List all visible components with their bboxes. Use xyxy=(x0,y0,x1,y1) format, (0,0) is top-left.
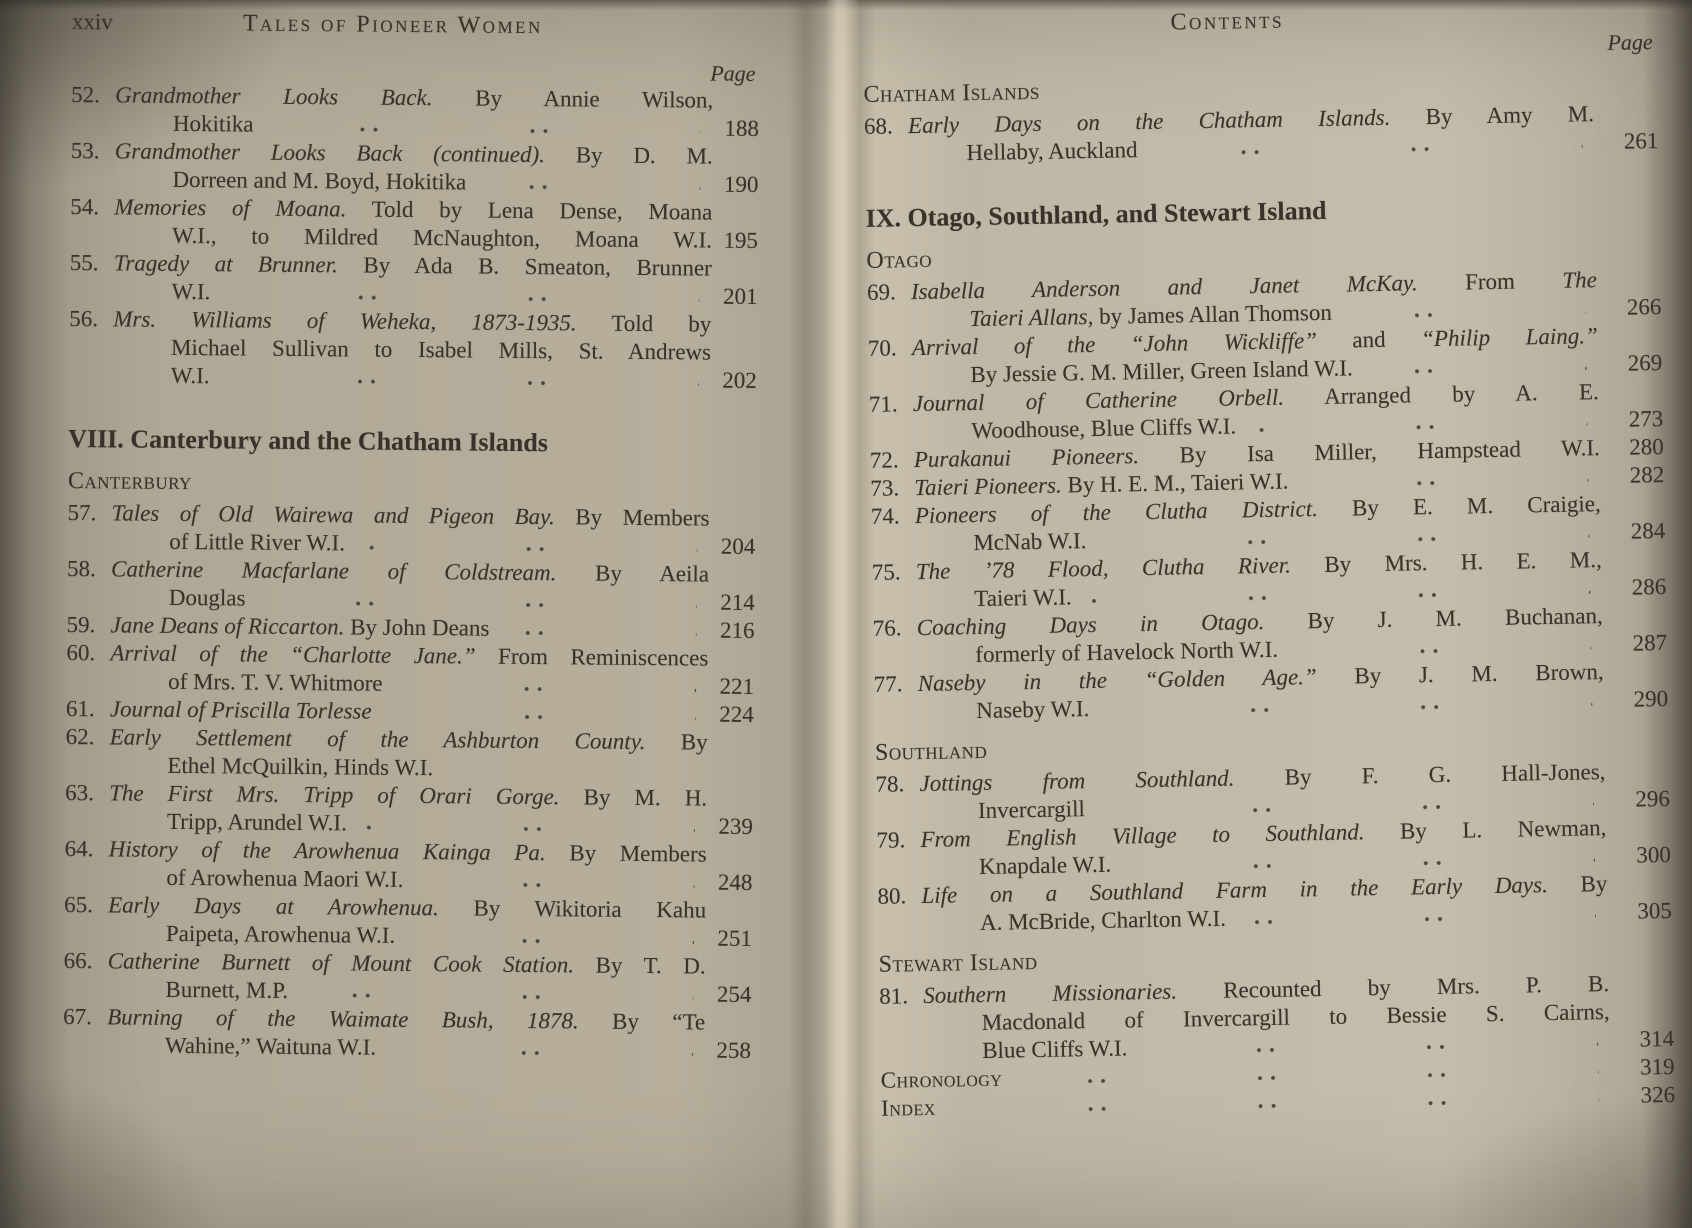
indent-spacer xyxy=(67,604,169,605)
text-segment: By Members xyxy=(546,840,707,866)
left-running-title: Tales of Pioneer Women xyxy=(243,10,543,39)
page-number: 201 xyxy=(711,283,757,311)
text-segment: By M. H. xyxy=(559,784,707,810)
dot-leaders xyxy=(261,599,696,611)
dot-leaders xyxy=(1294,644,1591,657)
toc-entry: 52.Grandmother Looks Back. By Annie Wils… xyxy=(71,81,759,143)
right-running-title: Contents xyxy=(1170,8,1284,36)
page-number: 202 xyxy=(711,367,757,395)
text-segment: Memories of Moana. xyxy=(114,194,346,221)
dot-leaders xyxy=(1127,856,1595,872)
entry-text: of Mrs. T. V. Whitmore xyxy=(168,668,383,698)
page-number: 296 xyxy=(1606,785,1670,814)
indent-spacer xyxy=(877,874,979,876)
entry-number: 81. xyxy=(879,982,923,1011)
text-segment: of Little River W.I. xyxy=(169,529,345,556)
dot-leaders xyxy=(1153,142,1582,157)
indent-spacer xyxy=(69,382,171,383)
text-segment: Naseby in the “Golden Age.” xyxy=(918,664,1317,696)
dot-leaders xyxy=(1304,476,1588,489)
entry-number: 79. xyxy=(876,826,920,855)
dot-leaders xyxy=(1369,364,1587,376)
text-segment: by James Allan Thomson xyxy=(1093,300,1332,329)
entry-number: 63. xyxy=(65,779,109,807)
dot-leaders xyxy=(1101,800,1594,817)
page-number: 190 xyxy=(712,171,758,199)
right-page: Contents Page Chatham Islands68.Early Da… xyxy=(850,0,1678,1228)
page-number xyxy=(1609,990,1673,991)
page-number: 266 xyxy=(1597,293,1661,322)
text-segment: Knapdale W.I. xyxy=(979,852,1112,879)
page-number: 319 xyxy=(1610,1053,1674,1082)
dot-leaders xyxy=(952,1096,1599,1115)
page-number: 284 xyxy=(1601,517,1665,546)
indent-spacer xyxy=(868,326,970,328)
left-page: xxiv Tales of Pioneer Women Page 52.Gran… xyxy=(0,0,796,1228)
text-segment: Tripp, Arundel W.I. xyxy=(167,809,347,836)
text-segment: The First Mrs. Tripp of Orari Gorge. xyxy=(109,780,560,809)
text-segment: Pioneers of the Clutha District. xyxy=(915,496,1318,528)
text-segment: W.I., to Mildred McNaughton, Moana W.I. xyxy=(172,223,712,253)
text-segment: “Philip Laing.” xyxy=(1421,323,1598,351)
dot-leaders xyxy=(1088,588,1591,605)
dot-leaders xyxy=(361,544,697,555)
entry-text: A. McBride, Charlton W.I. xyxy=(980,905,1226,937)
entry-text: Journal of Priscilla Torlesse xyxy=(110,695,372,725)
entry-number: 64. xyxy=(65,835,109,863)
entry-number: 55. xyxy=(70,249,114,277)
entry-number: 70. xyxy=(868,334,912,363)
text-segment: By “Te xyxy=(579,1008,706,1034)
entry-text: Taieri W.I. xyxy=(974,583,1072,613)
page-number xyxy=(1597,286,1661,287)
entry-text: Hokitika xyxy=(173,110,254,139)
text-segment: Taieri Pioneers. xyxy=(914,473,1062,501)
indent-spacer xyxy=(64,940,166,941)
entry-text: Douglas xyxy=(169,584,246,613)
text-segment: Burnett, M.P. xyxy=(165,977,288,1003)
dot-leaders xyxy=(1252,420,1587,434)
indent-spacer xyxy=(69,298,171,299)
toc-entry: 64.History of the Arowhenua Kainga Pa. B… xyxy=(64,835,752,897)
entry-number: 78. xyxy=(875,770,919,799)
page-number: 261 xyxy=(1594,127,1658,156)
text-segment: The xyxy=(1562,267,1597,293)
text-segment: By Amy M. xyxy=(1390,101,1594,130)
entry-text: Tripp, Arundel W.I. xyxy=(167,808,347,838)
indent-spacer xyxy=(71,130,173,131)
entry-text: Invercargill xyxy=(978,795,1085,825)
text-segment: By Isa Miller, Hampstead W.I. xyxy=(1139,435,1600,468)
entry-text: Index xyxy=(881,1094,936,1123)
text-segment: Douglas xyxy=(169,585,246,611)
text-segment: By E. M. Craigie, xyxy=(1318,491,1601,521)
page-number: 269 xyxy=(1598,349,1662,378)
dot-leaders xyxy=(1143,1040,1598,1056)
indent-spacer xyxy=(63,1052,165,1053)
entry-text: Paipeta, Arowhenua W.I. xyxy=(166,920,396,950)
text-segment: McNab W.I. xyxy=(973,528,1086,555)
dot-leaders xyxy=(1242,912,1596,926)
page-number: 290 xyxy=(1604,685,1668,714)
dot-leaders xyxy=(392,1048,693,1059)
page-number xyxy=(1607,890,1671,891)
text-segment: Blue Cliffs W.I. xyxy=(982,1035,1128,1063)
text-segment: Early Days at Arowhenua. xyxy=(108,892,439,920)
section-heading: VIII. Canterbury and the Chatham Islands xyxy=(68,423,756,461)
text-segment: By Jessie G. M. Miller, Green Island W.I… xyxy=(970,355,1353,387)
entry-text: Dorreen and M. Boyd, Hokitika xyxy=(172,166,466,197)
entry-number: 58. xyxy=(67,555,111,583)
toc-entry: 81.Southern Missionaries. Recounted by M… xyxy=(879,969,1674,1067)
entry-number: 52. xyxy=(71,81,115,109)
text-segment: Journal of Catherine Orbell. xyxy=(913,385,1285,416)
entry-number: 68. xyxy=(864,112,908,141)
indent-spacer xyxy=(869,382,971,384)
text-segment: From Reminiscences xyxy=(476,644,709,671)
page-number xyxy=(1603,622,1667,623)
text-segment: By Members xyxy=(555,504,710,530)
indent-spacer xyxy=(878,930,980,932)
entry-text: Burnett, M.P. xyxy=(165,976,288,1005)
left-page-entries: 52.Grandmother Looks Back. By Annie Wils… xyxy=(63,81,760,1065)
page-number xyxy=(1606,778,1670,779)
dot-leaders xyxy=(505,629,696,639)
right-page-entries: Chatham Islands68.Early Days on the Chat… xyxy=(863,67,1675,1123)
text-segment: By D. M. xyxy=(545,142,713,168)
text-segment: Catherine Macfarlane of Coldstream. xyxy=(111,556,557,585)
text-segment: Jane Deans of Riccarton. xyxy=(111,612,345,639)
page-number xyxy=(1598,342,1662,343)
toc-entry: 67.Burning of the Waimate Bush, 1878. By… xyxy=(63,1003,751,1065)
indent-spacer xyxy=(871,550,973,552)
indent-spacer xyxy=(66,688,168,689)
entry-text: Naseby W.I. xyxy=(976,695,1090,725)
text-segment: Invercargill xyxy=(978,796,1085,823)
page-number: 273 xyxy=(1599,405,1663,434)
text-segment: By xyxy=(1548,871,1608,897)
text-segment: Grandmother Looks Back. xyxy=(115,82,432,110)
text-segment: Told by Lena Dense, Moana xyxy=(346,196,712,224)
page-number: 258 xyxy=(705,1037,751,1065)
indent-spacer xyxy=(870,438,972,440)
entry-number: 77. xyxy=(874,670,918,699)
page-number xyxy=(1594,120,1658,121)
toc-entry: 65.Early Days at Arowhenua. By Wikitoria… xyxy=(64,891,752,953)
dot-leaders xyxy=(225,376,698,388)
entry-text: Michael Sullivan to Isabel Mills, St. An… xyxy=(171,334,711,367)
text-segment: W.I. xyxy=(171,363,210,388)
text-segment: Grandmother Looks Back (continued). xyxy=(115,138,545,167)
text-segment: By F. G. Hall-Jones, xyxy=(1234,759,1605,790)
text-segment: W.I. xyxy=(171,279,210,304)
entry-number: 53. xyxy=(71,137,115,165)
page-number xyxy=(1599,398,1663,399)
text-segment: Wahine,” Waituna W.I. xyxy=(165,1033,376,1060)
page-number xyxy=(1604,678,1668,679)
text-segment: Mrs. Williams of Weheka, 1873-1935. xyxy=(113,306,577,335)
entry-number: 54. xyxy=(70,193,114,221)
toc-entry: 56.Mrs. Williams of Weheka, 1873-1935. T… xyxy=(69,305,758,395)
text-segment: History of the Arowhenua Kainga Pa. xyxy=(109,836,546,865)
entry-number: 60. xyxy=(66,639,110,667)
text-segment: Early Settlement of the Ashburton County… xyxy=(110,724,646,754)
dot-leaders xyxy=(304,991,693,1002)
section-heading: IX. Otago, Southland, and Stewart Island xyxy=(865,189,1659,235)
indent-spacer xyxy=(70,242,172,243)
page-number: 326 xyxy=(1611,1081,1675,1110)
entry-text: McNab W.I. xyxy=(973,527,1087,557)
text-segment: Taieri Allans, xyxy=(969,304,1093,331)
indent-spacer xyxy=(874,718,976,720)
entry-text: Chronology xyxy=(880,1065,1002,1095)
left-running-head: xxiv Tales of Pioneer Women xyxy=(72,7,760,43)
text-segment: By H. E. M., Taieri W.I. xyxy=(1062,469,1289,498)
text-segment: Paipeta, Arowhenua W.I. xyxy=(166,921,396,948)
toc-entry: 60.Arrival of the “Charlotte Jane.” From… xyxy=(66,639,754,701)
page-number: 305 xyxy=(1608,897,1672,926)
entry-number: 62. xyxy=(66,723,110,751)
text-segment: and xyxy=(1317,326,1422,353)
entry-number: 57. xyxy=(67,499,111,527)
entry-number: 74. xyxy=(871,502,915,531)
page-number: 282 xyxy=(1600,461,1664,490)
dot-leaders xyxy=(388,712,696,723)
page-number xyxy=(1602,566,1666,567)
text-segment: Southern Missionaries. xyxy=(923,979,1177,1008)
toc-entry: 55.Tragedy at Brunner. By Ada B. Smeaton… xyxy=(69,249,757,311)
page-number: 221 xyxy=(708,673,754,701)
page-number xyxy=(1607,834,1671,835)
entry-number: 59. xyxy=(66,611,110,639)
text-segment: Naseby W.I. xyxy=(976,696,1089,723)
indent-spacer xyxy=(64,884,166,885)
page-number: 224 xyxy=(708,701,754,729)
text-segment: Burning of the Waimate Bush, 1878. xyxy=(107,1004,579,1033)
indent-spacer xyxy=(67,548,169,549)
text-segment: By L. Newman, xyxy=(1364,815,1606,844)
dot-leaders xyxy=(1348,308,1586,320)
page-number: 287 xyxy=(1603,629,1667,658)
entry-number: 56. xyxy=(69,305,113,333)
toc-entry: 58.Catherine Macfarlane of Coldstream. B… xyxy=(67,555,755,617)
text-segment: Michael Sullivan to Isabel Mills, St. An… xyxy=(171,335,711,365)
indent-spacer xyxy=(880,1058,982,1060)
entry-text: of Little River W.I. xyxy=(169,528,345,558)
toc-entry: 62.Early Settlement of the Ashburton Cou… xyxy=(65,723,753,785)
page-number: 204 xyxy=(709,533,755,561)
page-number: 214 xyxy=(709,589,755,617)
text-segment: By J. M. Brown, xyxy=(1316,659,1603,689)
entry-number: 65. xyxy=(64,891,108,919)
text-segment: By J. M. Buchanan, xyxy=(1264,603,1603,634)
text-segment: Tragedy at Brunner. xyxy=(114,250,338,277)
text-segment: Dorreen and M. Boyd, Hokitika xyxy=(172,167,466,195)
entry-number: 72. xyxy=(870,446,914,475)
page-number: 239 xyxy=(707,813,753,841)
text-segment: From English Village to Southland. xyxy=(920,819,1364,852)
entry-number: 73. xyxy=(870,474,914,503)
toc-entry: 57.Tales of Old Wairewa and Pigeon Bay. … xyxy=(67,499,755,561)
text-segment: of Mrs. T. V. Whitmore xyxy=(168,669,383,696)
page-number: 195 xyxy=(712,227,758,255)
text-segment: By T. D. xyxy=(574,952,706,978)
text-segment: Hokitika xyxy=(173,111,254,137)
page-number: 286 xyxy=(1602,573,1666,602)
page-number: 280 xyxy=(1600,433,1664,462)
text-segment: By Ada B. Smeaton, Brunner xyxy=(338,252,712,280)
line-filler xyxy=(433,775,707,777)
text-segment: Catherine Burnett of Mount Cook Station. xyxy=(108,948,575,977)
dot-leaders xyxy=(1105,700,1592,716)
indent-spacer xyxy=(65,828,167,829)
toc-entry: 53.Grandmother Looks Back (continued). B… xyxy=(70,137,758,199)
page-number xyxy=(1601,510,1665,511)
page-number xyxy=(1610,1018,1674,1019)
text-segment: Arrival of the “Charlotte Jane.” xyxy=(110,640,475,668)
text-segment: From xyxy=(1417,268,1562,296)
left-page-content: xxiv Tales of Pioneer Women Page 52.Gran… xyxy=(63,7,760,1065)
entry-number: 80. xyxy=(877,882,921,911)
text-segment: By Wikitoria Kahu xyxy=(439,895,707,922)
group-heading: Canterbury xyxy=(68,467,756,501)
entry-number: 75. xyxy=(872,558,916,587)
text-segment: Hellaby, Auckland xyxy=(966,137,1137,165)
right-page-content: Contents Page Chatham Islands68.Early Da… xyxy=(862,0,1675,1123)
page-number: 300 xyxy=(1607,841,1671,870)
text-segment: Journal of Priscilla Torlesse xyxy=(110,696,372,723)
dot-leaders xyxy=(269,125,701,137)
entry-number: 71. xyxy=(869,390,913,419)
toc-entry: 54.Memories of Moana. Told by Lena Dense… xyxy=(70,193,758,255)
text-segment: The ’78 Flood, Clutha River. xyxy=(916,553,1292,585)
text-segment: By Aeila xyxy=(556,560,709,586)
entry-number: 67. xyxy=(63,1003,107,1031)
text-segment: By Annie Wilson, xyxy=(432,85,713,112)
entry-text: Jane Deans of Riccarton. By John Deans xyxy=(110,611,489,642)
text-segment: formerly of Havelock North W.I. xyxy=(975,637,1278,667)
indent-spacer xyxy=(65,772,167,773)
page-number: 216 xyxy=(708,617,754,645)
text-segment: Taieri W.I. xyxy=(974,584,1072,611)
dot-leaders xyxy=(226,292,699,304)
entry-number: 76. xyxy=(873,614,917,643)
dot-leaders xyxy=(1102,532,1589,548)
left-folio: xxiv xyxy=(72,7,113,37)
text-segment: Coaching Days in Otago. xyxy=(917,609,1265,640)
dot-leaders xyxy=(419,880,694,890)
text-segment: of Arowhenua Maori W.I. xyxy=(166,865,403,892)
toc-entry: 63.The First Mrs. Tripp of Orari Gorge. … xyxy=(65,779,753,841)
page-number: 254 xyxy=(705,981,751,1009)
text-segment: By Mrs. H. E. M., xyxy=(1291,547,1602,577)
indent-spacer xyxy=(865,160,967,162)
indent-spacer xyxy=(876,818,978,820)
entry-text: W.I. xyxy=(171,278,210,306)
text-segment: Jottings from Southland. xyxy=(919,766,1234,796)
text-segment: Ethel McQuilkin, Hinds W.I. xyxy=(167,753,433,780)
indent-spacer xyxy=(70,186,172,187)
page-number: 248 xyxy=(706,869,752,897)
indent-spacer xyxy=(880,1030,982,1032)
toc-entry: 66.Catherine Burnett of Mount Cook Stati… xyxy=(63,947,751,1009)
entry-text: Blue Cliffs W.I. xyxy=(982,1034,1128,1065)
text-segment: Tales of Old Wairewa and Pigeon Bay. xyxy=(111,500,554,529)
text-segment: By xyxy=(645,729,707,755)
text-segment: A. McBride, Charlton W.I. xyxy=(980,906,1226,935)
page-number: 251 xyxy=(706,925,752,953)
text-segment: Woodhouse, Blue Cliffs W.I. xyxy=(971,413,1236,443)
entry-text: Ethel McQuilkin, Hinds W.I. xyxy=(167,752,433,782)
entry-text: Wahine,” Waituna W.I. xyxy=(165,1032,376,1062)
dot-leaders xyxy=(482,183,700,193)
entry-text: Knapdale W.I. xyxy=(979,851,1112,881)
indent-spacer xyxy=(69,354,171,355)
dot-leaders xyxy=(363,824,695,835)
text-segment: Arranged by A. E. xyxy=(1284,379,1599,409)
toc-entry: 68.Early Days on the Chatham Islands. By… xyxy=(864,99,1659,169)
book-spread: xxiv Tales of Pioneer Women Page 52.Gran… xyxy=(0,0,1692,1228)
page-number: 188 xyxy=(713,115,759,143)
dot-leaders xyxy=(411,936,694,946)
entry-number: 69. xyxy=(867,278,911,307)
text-segment: Purakanui Pioneers. xyxy=(914,443,1140,472)
text-segment: Told by xyxy=(577,310,712,336)
indent-spacer xyxy=(63,996,165,997)
entry-number: 61. xyxy=(66,695,110,723)
entry-text: of Arowhenua Maori W.I. xyxy=(166,864,403,894)
text-segment: By John Deans xyxy=(344,614,489,640)
entry-number: 66. xyxy=(64,947,108,975)
indent-spacer xyxy=(872,606,974,608)
entry-text: W.I. xyxy=(171,362,210,390)
indent-spacer xyxy=(873,662,975,664)
entry-text: Hellaby, Auckland xyxy=(966,136,1137,167)
dot-leaders xyxy=(399,684,697,695)
page-number: 314 xyxy=(1610,1025,1674,1054)
